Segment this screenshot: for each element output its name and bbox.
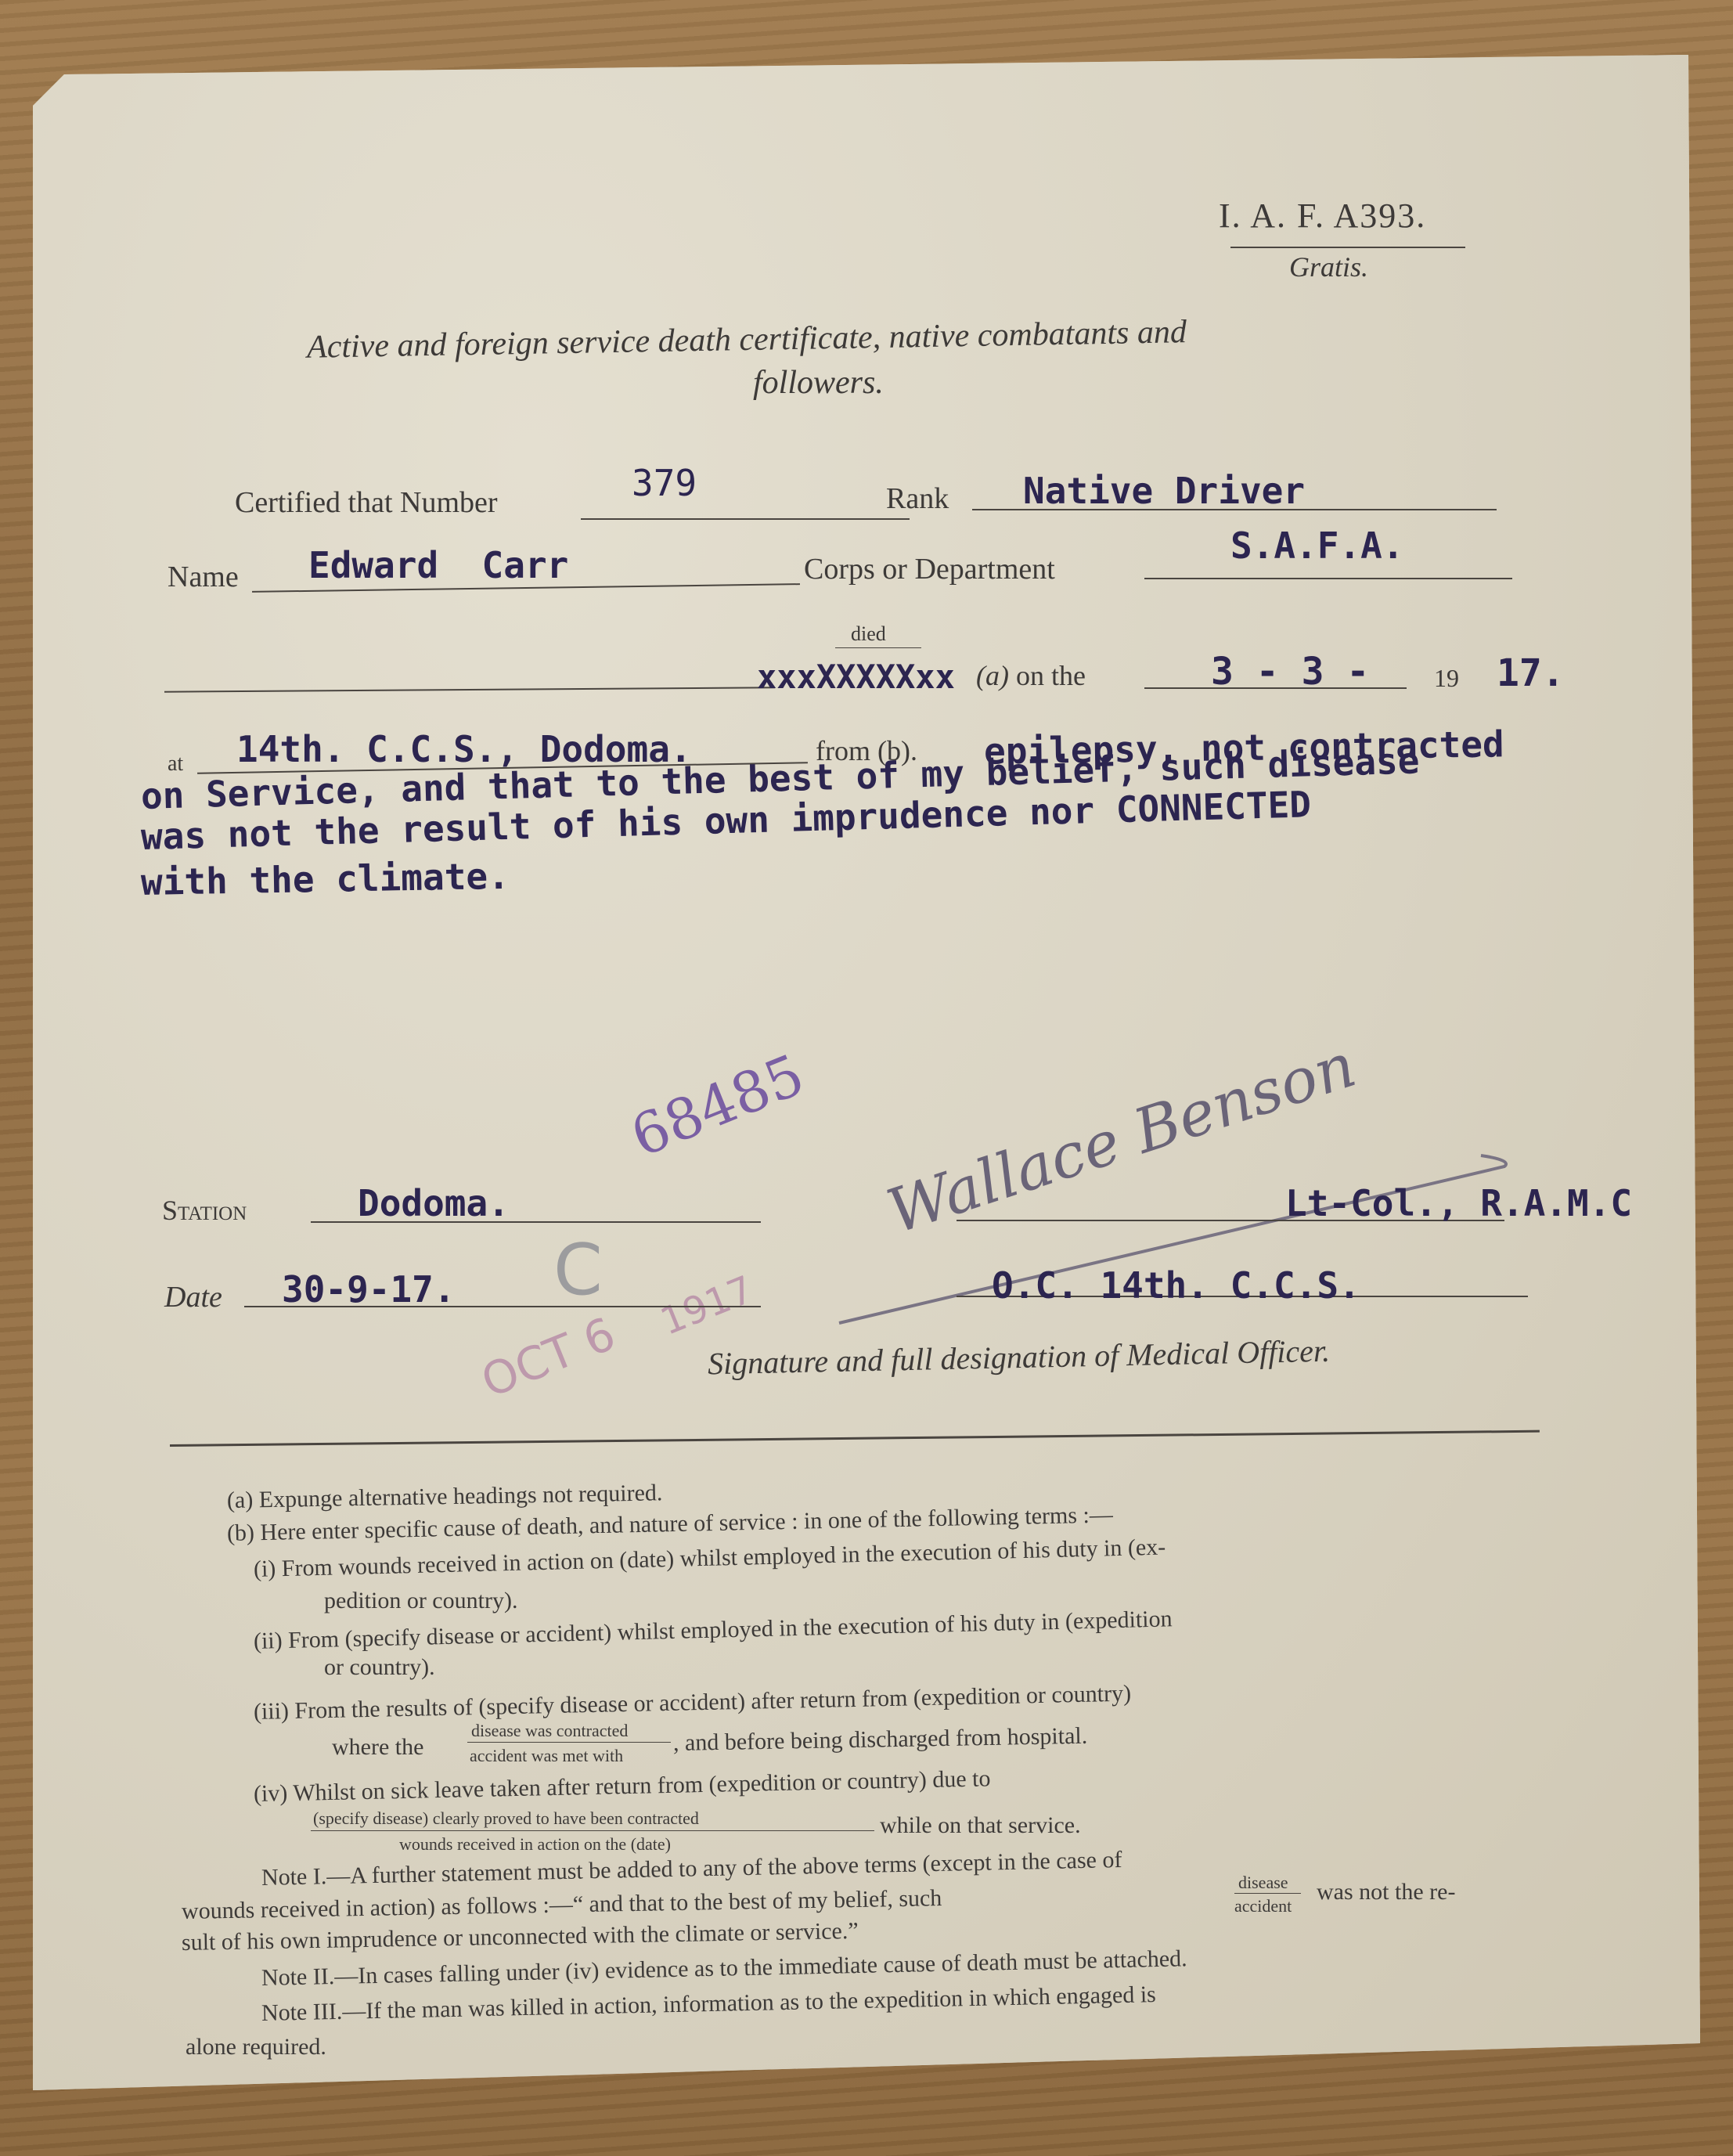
note-3-line2: alone required. <box>186 2034 326 2060</box>
footnote-iii-fraction-bar <box>467 1742 671 1743</box>
rank-value: Native Driver <box>1023 470 1305 512</box>
died-fraction-bar <box>835 647 921 648</box>
footnote-iv-fraction-bar <box>311 1830 874 1831</box>
note-1-line1: Note I.—A further statement must be adde… <box>261 1847 1122 1891</box>
note-1-fraction-bar <box>1234 1893 1301 1894</box>
reference-number-stamp: 68485 <box>622 1041 813 1170</box>
station-label: Station <box>162 1194 247 1227</box>
footnote-i-line2: pedition or country). <box>324 1588 517 1614</box>
number-value: 379 <box>632 462 697 504</box>
on-the-text: on the <box>1016 660 1086 691</box>
footnote-iv-tail: while on that service. <box>880 1812 1081 1839</box>
signature-flourish <box>823 1112 1528 1347</box>
date-label: Date <box>164 1280 222 1314</box>
date-day-month: 3 - 3 - <box>1211 650 1369 694</box>
number-field-line <box>581 518 910 520</box>
died-option: died <box>851 622 886 646</box>
death-certificate-document: I. A. F. A393. Gratis. Active and foreig… <box>33 55 1700 2090</box>
footnote-iv-line1: (iv) Whilst on sick leave taken after re… <box>254 1765 991 1808</box>
received-date-stamp: OCT 6 <box>474 1307 623 1408</box>
corps-value: S.A.F.A. <box>1230 525 1404 567</box>
footnote-a: (a) Expunge alternative headings not req… <box>227 1480 663 1514</box>
form-number-rule <box>1230 247 1465 248</box>
footnote-ref-a: (a) <box>976 660 1009 691</box>
signature-caption: Signature and full designation of Medica… <box>708 1332 1331 1383</box>
note-1-line2b: was not the re- <box>1317 1879 1455 1905</box>
note-1-fraction-bottom: accident <box>1234 1896 1292 1916</box>
footnote-ii-line2: or country). <box>324 1654 435 1681</box>
received-letter-stamp: C <box>553 1229 603 1311</box>
date-value: 30-9-17. <box>282 1268 456 1311</box>
on-the-label: (a) on the <box>976 659 1086 692</box>
name-value: Edward Carr <box>308 544 568 586</box>
certificate-title-line2: followers. <box>753 364 884 402</box>
form-number: I. A. F. A393. <box>1219 196 1426 236</box>
designation-unit: O.C. 14th. C.C.S. <box>992 1264 1360 1307</box>
year-prefix: 19 <box>1434 664 1459 693</box>
rank-label: Rank <box>886 481 949 516</box>
name-label: Name <box>168 560 239 594</box>
corps-label: Corps or Department <box>804 552 1055 586</box>
footnotes-divider <box>170 1430 1540 1447</box>
died-field-line <box>164 687 775 692</box>
station-value: Dodoma. <box>358 1182 510 1224</box>
number-label: Certified that Number <box>235 485 498 520</box>
footnote-iii-fraction-bottom: accident was met with <box>470 1746 623 1766</box>
year-suffix: 17. <box>1497 651 1565 695</box>
footnote-iii-where: where the <box>332 1734 423 1761</box>
at-label: at <box>168 752 183 777</box>
struck-alternatives: xxxXXXXXxx <box>757 658 955 696</box>
designation-rank: Lt-Col., R.A.M.C <box>1285 1182 1632 1224</box>
certificate-title-line1: Active and foreign service death certifi… <box>307 313 1187 366</box>
cause-line-4: with the climate. <box>141 855 510 903</box>
note-1-fraction-top: disease <box>1238 1873 1288 1893</box>
footnote-iii-fraction-top: disease was contracted <box>471 1721 628 1741</box>
footnote-iii-line1: (iii) From the results of (specify disea… <box>254 1681 1132 1725</box>
corps-field-line <box>1144 578 1512 579</box>
footnote-iv-fraction-top: (specify disease) clearly proved to have… <box>313 1808 699 1829</box>
price-note: Gratis. <box>1289 251 1368 283</box>
footnote-iii-tail: , and before being discharged from hospi… <box>673 1723 1088 1757</box>
footnote-iv-fraction-bottom: wounds received in action on the (date) <box>399 1834 671 1855</box>
note-1-line3: sult of his own imprudence or unconnecte… <box>182 1918 859 1956</box>
